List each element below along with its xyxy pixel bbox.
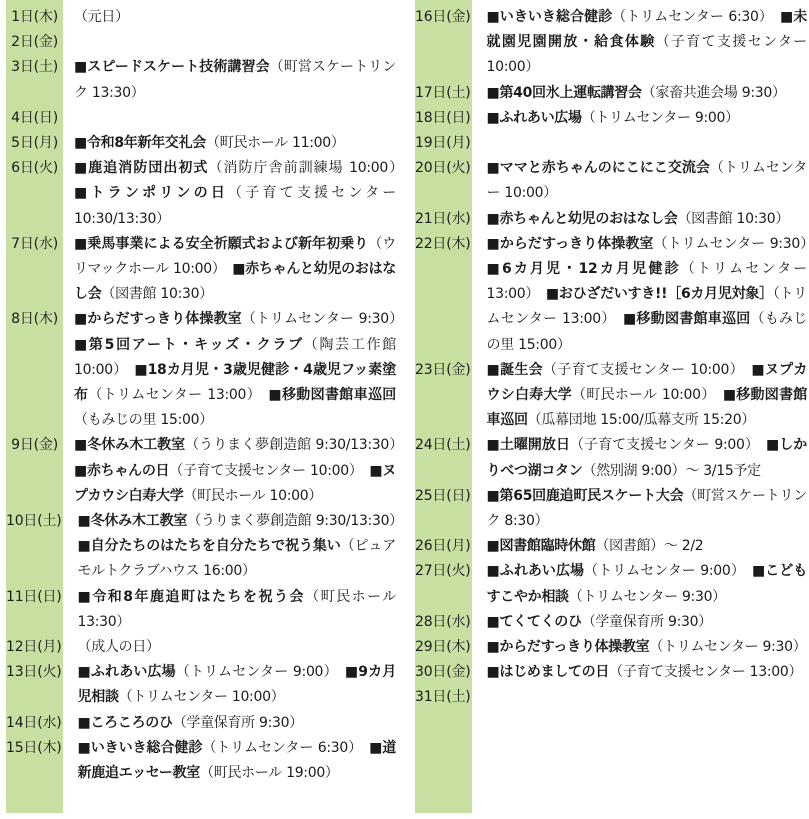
event-title: ■いきいき総合健診 xyxy=(78,740,203,756)
calendar-day-row: 21日(水)■赤ちゃんと幼児のおはなし会（図書館 10:30） xyxy=(415,207,809,232)
event-title: ■第40回氷上運転講習会 xyxy=(487,85,642,101)
day-date-label: 20日(火) xyxy=(415,156,476,181)
event-detail: （トリムセンター 10:00） xyxy=(119,689,285,705)
day-events-text: ■スピードスケート技術講習会（町営スケートリンク 13:30） xyxy=(74,55,396,105)
day-events-text: ■第65回鹿追町民スケート大会（町営スケートリンク 8:30） xyxy=(487,484,807,534)
calendar-day-row: 13日(火)■ふれあい広場（トリムセンター 9:00） ■9カ月児相談（トリムセ… xyxy=(6,660,398,710)
calendar-day-row: 18日(日)■ふれあい広場（トリムセンター 9:00） xyxy=(415,106,809,131)
calendar-day-row: 19日(月) xyxy=(415,131,809,156)
day-date-label: 8日(木) xyxy=(6,307,63,332)
event-title: ■てくてくのひ xyxy=(487,614,582,630)
calendar-day-row: 10日(土)■冬休み木工教室（うりまく夢創造館 9:30/13:30） ■自分た… xyxy=(6,509,398,585)
event-detail: （トリムセンター 9:00） xyxy=(582,110,739,126)
day-date-label: 4日(日) xyxy=(6,106,63,131)
day-events-text: ■からだすっきり体操教室（トリムセンター 9:30） xyxy=(487,635,807,660)
day-events-text: ■令和8年新年交礼会（町民ホール 11:00） xyxy=(74,131,396,156)
calendar-day-row: 29日(木)■からだすっきり体操教室（トリムセンター 9:30） xyxy=(415,635,809,660)
calendar-day-row: 23日(金)■誕生会（子育て支援センター 10:00） ■ヌプカウシ白寿大学（町… xyxy=(415,358,809,434)
event-detail: （町民ホール 10:00） xyxy=(572,387,709,403)
event-title: ■ふれあい広場 xyxy=(487,563,585,579)
event-title: ■移動図書館車巡回 xyxy=(268,387,396,403)
day-date-label: 21日(水) xyxy=(415,207,476,232)
day-events-text: ■土曜開放日（子育て支援センター 9:00） ■しかりべつ湖コタン（然別湖 9:… xyxy=(487,433,807,483)
day-date-label: 18日(日) xyxy=(415,106,476,131)
day-date-label: 31日(土) xyxy=(415,685,476,710)
event-detail: （子育て支援センター 10:00） xyxy=(543,362,737,378)
day-events-text: ■ころころのひ（学童保育所 9:30） xyxy=(78,711,396,736)
event-title: ■ふれあい広場 xyxy=(487,110,582,126)
event-title: ■鹿追消防団出初式 xyxy=(74,160,208,176)
event-title: ■いきいき総合健診 xyxy=(487,9,613,25)
calendar-day-row: 2日(金) xyxy=(6,30,398,55)
event-detail: （子育て支援センター 13:00） xyxy=(609,664,802,680)
event-title: ■冬休み木工教室 xyxy=(74,437,185,453)
day-events-text: ■赤ちゃんと幼児のおはなし会（図書館 10:30） xyxy=(487,207,807,232)
event-detail: （トリムセンター 9:00） xyxy=(176,664,331,680)
day-date-label: 3日(土) xyxy=(6,55,63,80)
event-detail: （学童保育所 9:30） xyxy=(582,614,712,630)
day-date-label: 7日(水) xyxy=(6,232,63,257)
event-title: ■移動図書館車巡回 xyxy=(623,311,751,327)
calendar-day-row: 20日(火)■ママと赤ちゃんのにこにこ交流会（トリムセンター 10:00） xyxy=(415,156,809,206)
day-events-text: ■てくてくのひ（学童保育所 9:30） xyxy=(487,610,807,635)
calendar-day-row: 25日(日)■第65回鹿追町民スケート大会（町営スケートリンク 8:30） xyxy=(415,484,809,534)
event-detail: （子育て支援センター 10:00） xyxy=(169,463,355,479)
calendar-day-row: 28日(水)■てくてくのひ（学童保育所 9:30） xyxy=(415,610,809,635)
day-date-label: 12日(月) xyxy=(6,635,67,660)
day-date-label: 11日(日) xyxy=(6,585,67,610)
calendar-day-row: 8日(木)■からだすっきり体操教室（トリムセンター 9:30） ■第5回アート・… xyxy=(6,307,398,433)
event-detail: （図書館 10:30） xyxy=(678,211,790,227)
day-date-label: 26日(月) xyxy=(415,534,476,559)
event-title: ■からだすっきり体操教室 xyxy=(487,236,654,252)
day-events-text: ■冬休み木工教室（うりまく夢創造館 9:30/13:30） ■赤ちゃんの日（子育… xyxy=(74,433,396,509)
day-events-text: ■はじめましての日（子育て支援センター 13:00） xyxy=(487,660,807,685)
calendar-day-row: 15日(木)■いきいき総合健診（トリムセンター 6:30） ■道新鹿追エッセー教… xyxy=(6,736,398,786)
day-events-text: ■令和8年鹿追町はたちを祝う会（町民ホール 13:30） xyxy=(78,585,396,635)
event-detail: （もみじの里 15:00） xyxy=(74,412,213,428)
event-detail: （子育て支援センター 9:00） xyxy=(570,437,752,453)
event-title: ■令和8年新年交礼会 xyxy=(74,135,206,151)
calendar-day-row: 9日(金)■冬休み木工教室（うりまく夢創造館 9:30/13:30） ■赤ちゃん… xyxy=(6,433,398,509)
event-detail: （うりまく夢創造館 9:30/13:30） xyxy=(187,513,396,529)
day-date-label: 9日(金) xyxy=(6,433,63,458)
day-events-text: ■いきいき総合健診（トリムセンター 6:30） ■未就園児園開放・給食体験（子育… xyxy=(487,5,807,81)
day-events-text: ■ふれあい広場（トリムセンター 9:00） ■こどもすこやか相談（トリムセンター… xyxy=(487,559,807,609)
day-events-text: （元日） xyxy=(74,5,396,30)
event-title: ■赤ちゃんの日 xyxy=(74,463,169,479)
day-date-label: 1日(木) xyxy=(6,5,63,30)
event-detail: （町民ホール 11:00） xyxy=(206,135,345,151)
calendar-day-row: 24日(土)■土曜開放日（子育て支援センター 9:00） ■しかりべつ湖コタン（… xyxy=(415,433,809,483)
calendar-day-row: 5日(月)■令和8年新年交礼会（町民ホール 11:00） xyxy=(6,131,398,156)
calendar-column-1: 1日(木)（元日）2日(金)3日(土)■スピードスケート技術講習会（町営スケート… xyxy=(6,0,398,813)
event-detail: （図書館 10:30） xyxy=(101,286,213,302)
event-title: ■赤ちゃんと幼児のおはなし会 xyxy=(487,211,678,227)
day-events-text: ■からだすっきり体操教室（トリムセンター 9:30） ■第5回アート・キッズ・ク… xyxy=(74,307,396,433)
event-title: ■誕生会 xyxy=(487,362,543,378)
event-title: ■ママと赤ちゃんのにこにこ交流会 xyxy=(487,160,710,176)
event-detail: （トリムセンター 6:30） xyxy=(612,9,766,25)
day-date-label: 5日(月) xyxy=(6,131,63,156)
calendar-day-row: 16日(金)■いきいき総合健診（トリムセンター 6:30） ■未就園児園開放・給… xyxy=(415,5,809,81)
day-date-label: 6日(火) xyxy=(6,156,63,181)
event-title: ■第5回アート・キッズ・クラブ xyxy=(74,337,304,353)
event-title: ■トランポリンの日 xyxy=(74,185,228,201)
day-date-label: 14日(水) xyxy=(6,711,67,736)
calendar-day-row: 31日(土) xyxy=(415,685,809,710)
day-date-label: 10日(土) xyxy=(6,509,67,534)
day-date-label: 13日(火) xyxy=(6,660,67,685)
event-title: ■6カ月児・12カ月児健診 xyxy=(487,261,681,277)
day-events-text: ■いきいき総合健診（トリムセンター 6:30） ■道新鹿追エッセー教室（町民ホー… xyxy=(78,736,396,786)
calendar-day-row: 4日(日) xyxy=(6,106,398,131)
event-detail: （トリムセンター 6:30） xyxy=(202,740,355,756)
day-date-label: 22日(木) xyxy=(415,232,476,257)
day-date-label: 24日(土) xyxy=(415,433,476,458)
event-title: ■ふれあい広場 xyxy=(78,664,176,680)
calendar-day-row: 7日(水)■乗馬事業による安全祈願式および新年初乗り（ウリマックホール 10:0… xyxy=(6,232,398,308)
day-events-text: ■誕生会（子育て支援センター 10:00） ■ヌプカウシ白寿大学（町民ホール 1… xyxy=(487,358,807,434)
event-detail: （成人の日） xyxy=(78,639,160,655)
day-date-label: 17日(土) xyxy=(415,81,476,106)
day-date-label: 19日(月) xyxy=(415,131,476,156)
day-events-text: ■ふれあい広場（トリムセンター 9:00） xyxy=(487,106,807,131)
day-events-text: ■第40回氷上運転講習会（家畜共進会場 9:30） xyxy=(487,81,807,106)
event-detail: （トリムセンター 9:30） xyxy=(653,236,807,252)
event-detail: （トリムセンター 9:30） xyxy=(569,589,726,605)
event-title: ■からだすっきり体操教室 xyxy=(487,639,650,655)
day-date-label: 16日(金) xyxy=(415,5,476,30)
event-title: ■はじめましての日 xyxy=(487,664,610,680)
day-events-text: ■ママと赤ちゃんのにこにこ交流会（トリムセンター 10:00） xyxy=(487,156,807,206)
event-title: ■冬休み木工教室 xyxy=(78,513,188,529)
calendar-day-row: 30日(金)■はじめましての日（子育て支援センター 13:00） xyxy=(415,660,809,685)
event-detail: （然別湖 9:00）～ 3/15予定 xyxy=(582,463,760,479)
day-date-label: 29日(木) xyxy=(415,635,476,660)
calendar-day-row: 27日(火)■ふれあい広場（トリムセンター 9:00） ■こどもすこやか相談（ト… xyxy=(415,559,809,609)
calendar-day-row: 6日(火)■鹿追消防団出初式（消防庁舎前訓練場 10:00） ■トランポリンの日… xyxy=(6,156,398,232)
event-title: ■スピードスケート技術講習会 xyxy=(74,59,270,75)
event-detail: （トリムセンター 13:00） xyxy=(88,387,254,403)
event-detail: （瓜幕団地 15:00/瓜幕支所 15:20） xyxy=(528,412,755,428)
day-date-label: 30日(金) xyxy=(415,660,476,685)
day-events-text: （成人の日） xyxy=(78,635,396,660)
day-events-text: ■図書館臨時休館（図書館）～ 2/2 xyxy=(487,534,807,559)
day-events-text: ■からだすっきり体操教室（トリムセンター 9:30） ■6カ月児・12カ月児健診… xyxy=(487,232,807,358)
event-detail: （学童保育所 9:30） xyxy=(173,715,303,731)
event-detail: （町民ホール 19:00） xyxy=(200,765,339,781)
day-events-text: ■鹿追消防団出初式（消防庁舎前訓練場 10:00） ■トランポリンの日（子育て支… xyxy=(74,156,396,232)
event-detail: （図書館）～ 2/2 xyxy=(595,538,703,554)
calendar-column-2: 16日(金)■いきいき総合健診（トリムセンター 6:30） ■未就園児園開放・給… xyxy=(415,0,809,813)
event-detail: （トリムセンター 9:30） xyxy=(649,639,806,655)
calendar-day-row: 14日(水)■ころころのひ（学童保育所 9:30） xyxy=(6,711,398,736)
event-title: ■令和8年鹿追町はたちを祝う会 xyxy=(78,589,306,605)
day-events-text: ■乗馬事業による安全祈願式および新年初乗り（ウリマックホール 10:00） ■赤… xyxy=(74,232,396,308)
event-detail: （消防庁舎前訓練場 10:00） xyxy=(208,160,396,176)
calendar-day-row: 1日(木)（元日） xyxy=(6,5,398,30)
calendar-day-row: 17日(土)■第40回氷上運転講習会（家畜共進会場 9:30） xyxy=(415,81,809,106)
day-date-label: 15日(木) xyxy=(6,736,67,761)
event-detail: （町民ホール 10:00） xyxy=(183,488,322,504)
event-title: ■土曜開放日 xyxy=(487,437,570,453)
day-date-label: 27日(火) xyxy=(415,559,476,584)
event-detail: （家畜共進会場 9:30） xyxy=(642,85,786,101)
day-date-label: 25日(日) xyxy=(415,484,476,509)
event-detail: （うりまく夢創造館 9:30/13:30） xyxy=(185,437,396,453)
event-title: ■からだすっきり体操教室 xyxy=(74,311,242,327)
calendar-day-row: 12日(月)（成人の日） xyxy=(6,635,398,660)
calendar-day-row: 26日(月)■図書館臨時休館（図書館）～ 2/2 xyxy=(415,534,809,559)
event-title: ■乗馬事業による安全祈願式および新年初乗り xyxy=(74,236,368,252)
day-events-text: ■ふれあい広場（トリムセンター 9:00） ■9カ月児相談（トリムセンター 10… xyxy=(78,660,396,710)
day-date-label: 2日(金) xyxy=(6,30,63,55)
day-date-label: 23日(金) xyxy=(415,358,476,383)
calendar-day-row: 3日(土)■スピードスケート技術講習会（町営スケートリンク 13:30） xyxy=(6,55,398,105)
calendar-day-row: 11日(日)■令和8年鹿追町はたちを祝う会（町民ホール 13:30） xyxy=(6,585,398,635)
event-title: ■自分たちのはたちを自分たちで祝う集い xyxy=(78,538,341,554)
calendar-day-row: 22日(木)■からだすっきり体操教室（トリムセンター 9:30） ■6カ月児・1… xyxy=(415,232,809,358)
event-title: ■おひざだいすき!!［6カ月児対象］ xyxy=(546,286,773,302)
event-detail: （トリムセンター 9:00） xyxy=(584,563,738,579)
event-calendar: 1日(木)（元日）2日(金)3日(土)■スピードスケート技術講習会（町営スケート… xyxy=(0,0,809,813)
event-detail: （元日） xyxy=(74,9,129,25)
event-title: ■図書館臨時休館 xyxy=(487,538,596,554)
event-detail: （トリムセンター 9:30） xyxy=(242,311,396,327)
event-title: ■第65回鹿追町民スケート大会 xyxy=(487,488,684,504)
event-title: ■ころころのひ xyxy=(78,715,173,731)
day-events-text: ■冬休み木工教室（うりまく夢創造館 9:30/13:30） ■自分たちのはたちを… xyxy=(78,509,396,585)
day-date-label: 28日(水) xyxy=(415,610,476,635)
